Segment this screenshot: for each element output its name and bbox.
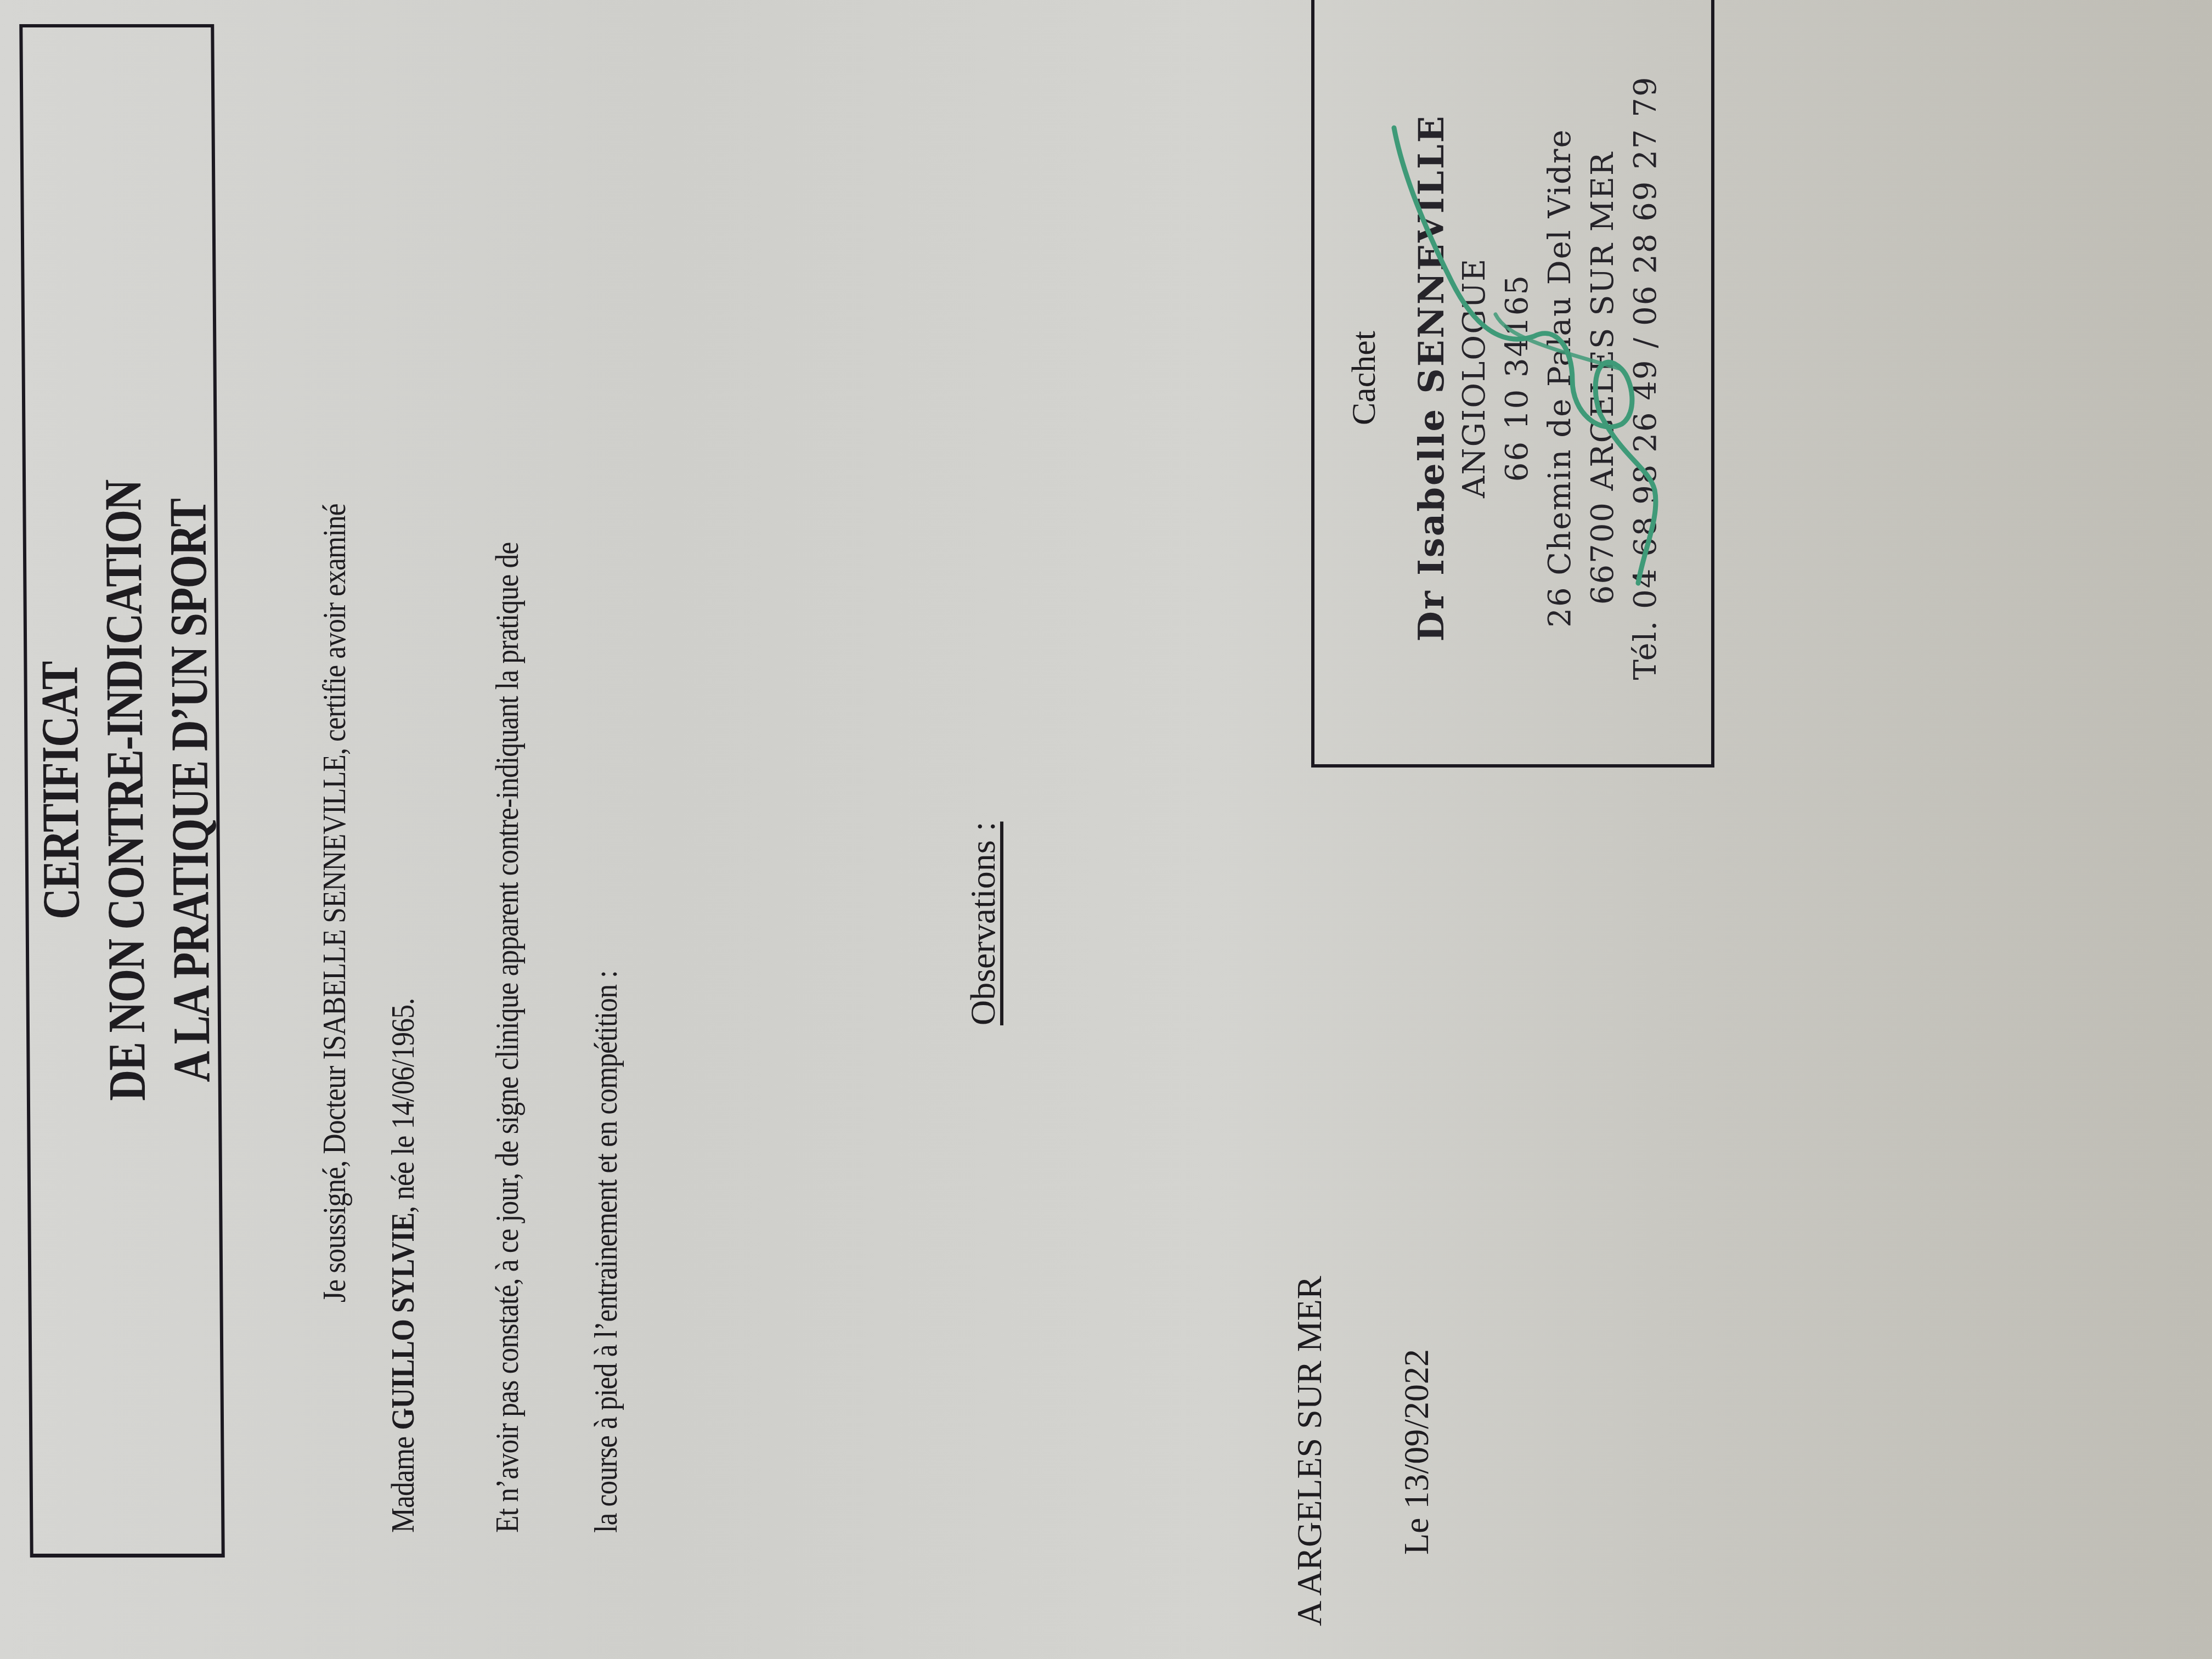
observations-label: Observations :: [963, 822, 1003, 1026]
doctor-specialty: ANGIOLOGUE: [1453, 0, 1496, 764]
certification-statement: Je soussigné, Docteur ISABELLE SENNEVILL…: [315, 504, 353, 1302]
patient-prefix: Madame: [385, 1430, 421, 1533]
stamp-box: Cachet Dr Isabelle SENNEVILLE ANGIOLOGUE…: [1311, 0, 1714, 768]
doctor-stamp: Dr Isabelle SENNEVILLE ANGIOLOGUE 66 10 …: [1410, 0, 1667, 764]
finding-statement: Et n’avoir pas constaté, à ce jour, de s…: [488, 542, 526, 1533]
doctor-id-number: 66 10 34165: [1496, 0, 1539, 764]
date: Le 13/09/2022: [1396, 1349, 1437, 1555]
sport-statement: la course à pied à l’entrainement et en …: [587, 970, 625, 1533]
patient-name: GUILLO SYLVIE: [385, 1213, 421, 1430]
title-line-2: DE NON CONTRE-INDICATION: [88, 165, 162, 1416]
address-line-1: 26 Chemin de Palau Del Vidre: [1539, 0, 1582, 764]
phone: Tél. 04 68 98 26 49 / 06 28 69 27 79: [1624, 0, 1667, 764]
title-line-1: CERTIFICAT: [24, 165, 97, 1416]
place: A ARGELES SUR MER: [1289, 1276, 1330, 1626]
certificate-page: CERTIFICAT DE NON CONTRE-INDICATION A LA…: [0, 0, 2212, 1659]
title-line-3: A LA PRATIQUE D’UN SPORT: [153, 165, 227, 1416]
patient-line: Madame GUILLO SYLVIE, née le 14/06/1965.: [384, 998, 422, 1533]
address-line-2: 66700 ARGELES SUR MER: [1582, 0, 1624, 764]
doctor-name: Dr Isabelle SENNEVILLE: [1410, 0, 1453, 764]
title-box: CERTIFICAT DE NON CONTRE-INDICATION A LA…: [19, 24, 225, 1558]
patient-birthdate: , née le 14/06/1965.: [385, 998, 421, 1213]
stamp-label: Cachet: [1345, 0, 1384, 764]
